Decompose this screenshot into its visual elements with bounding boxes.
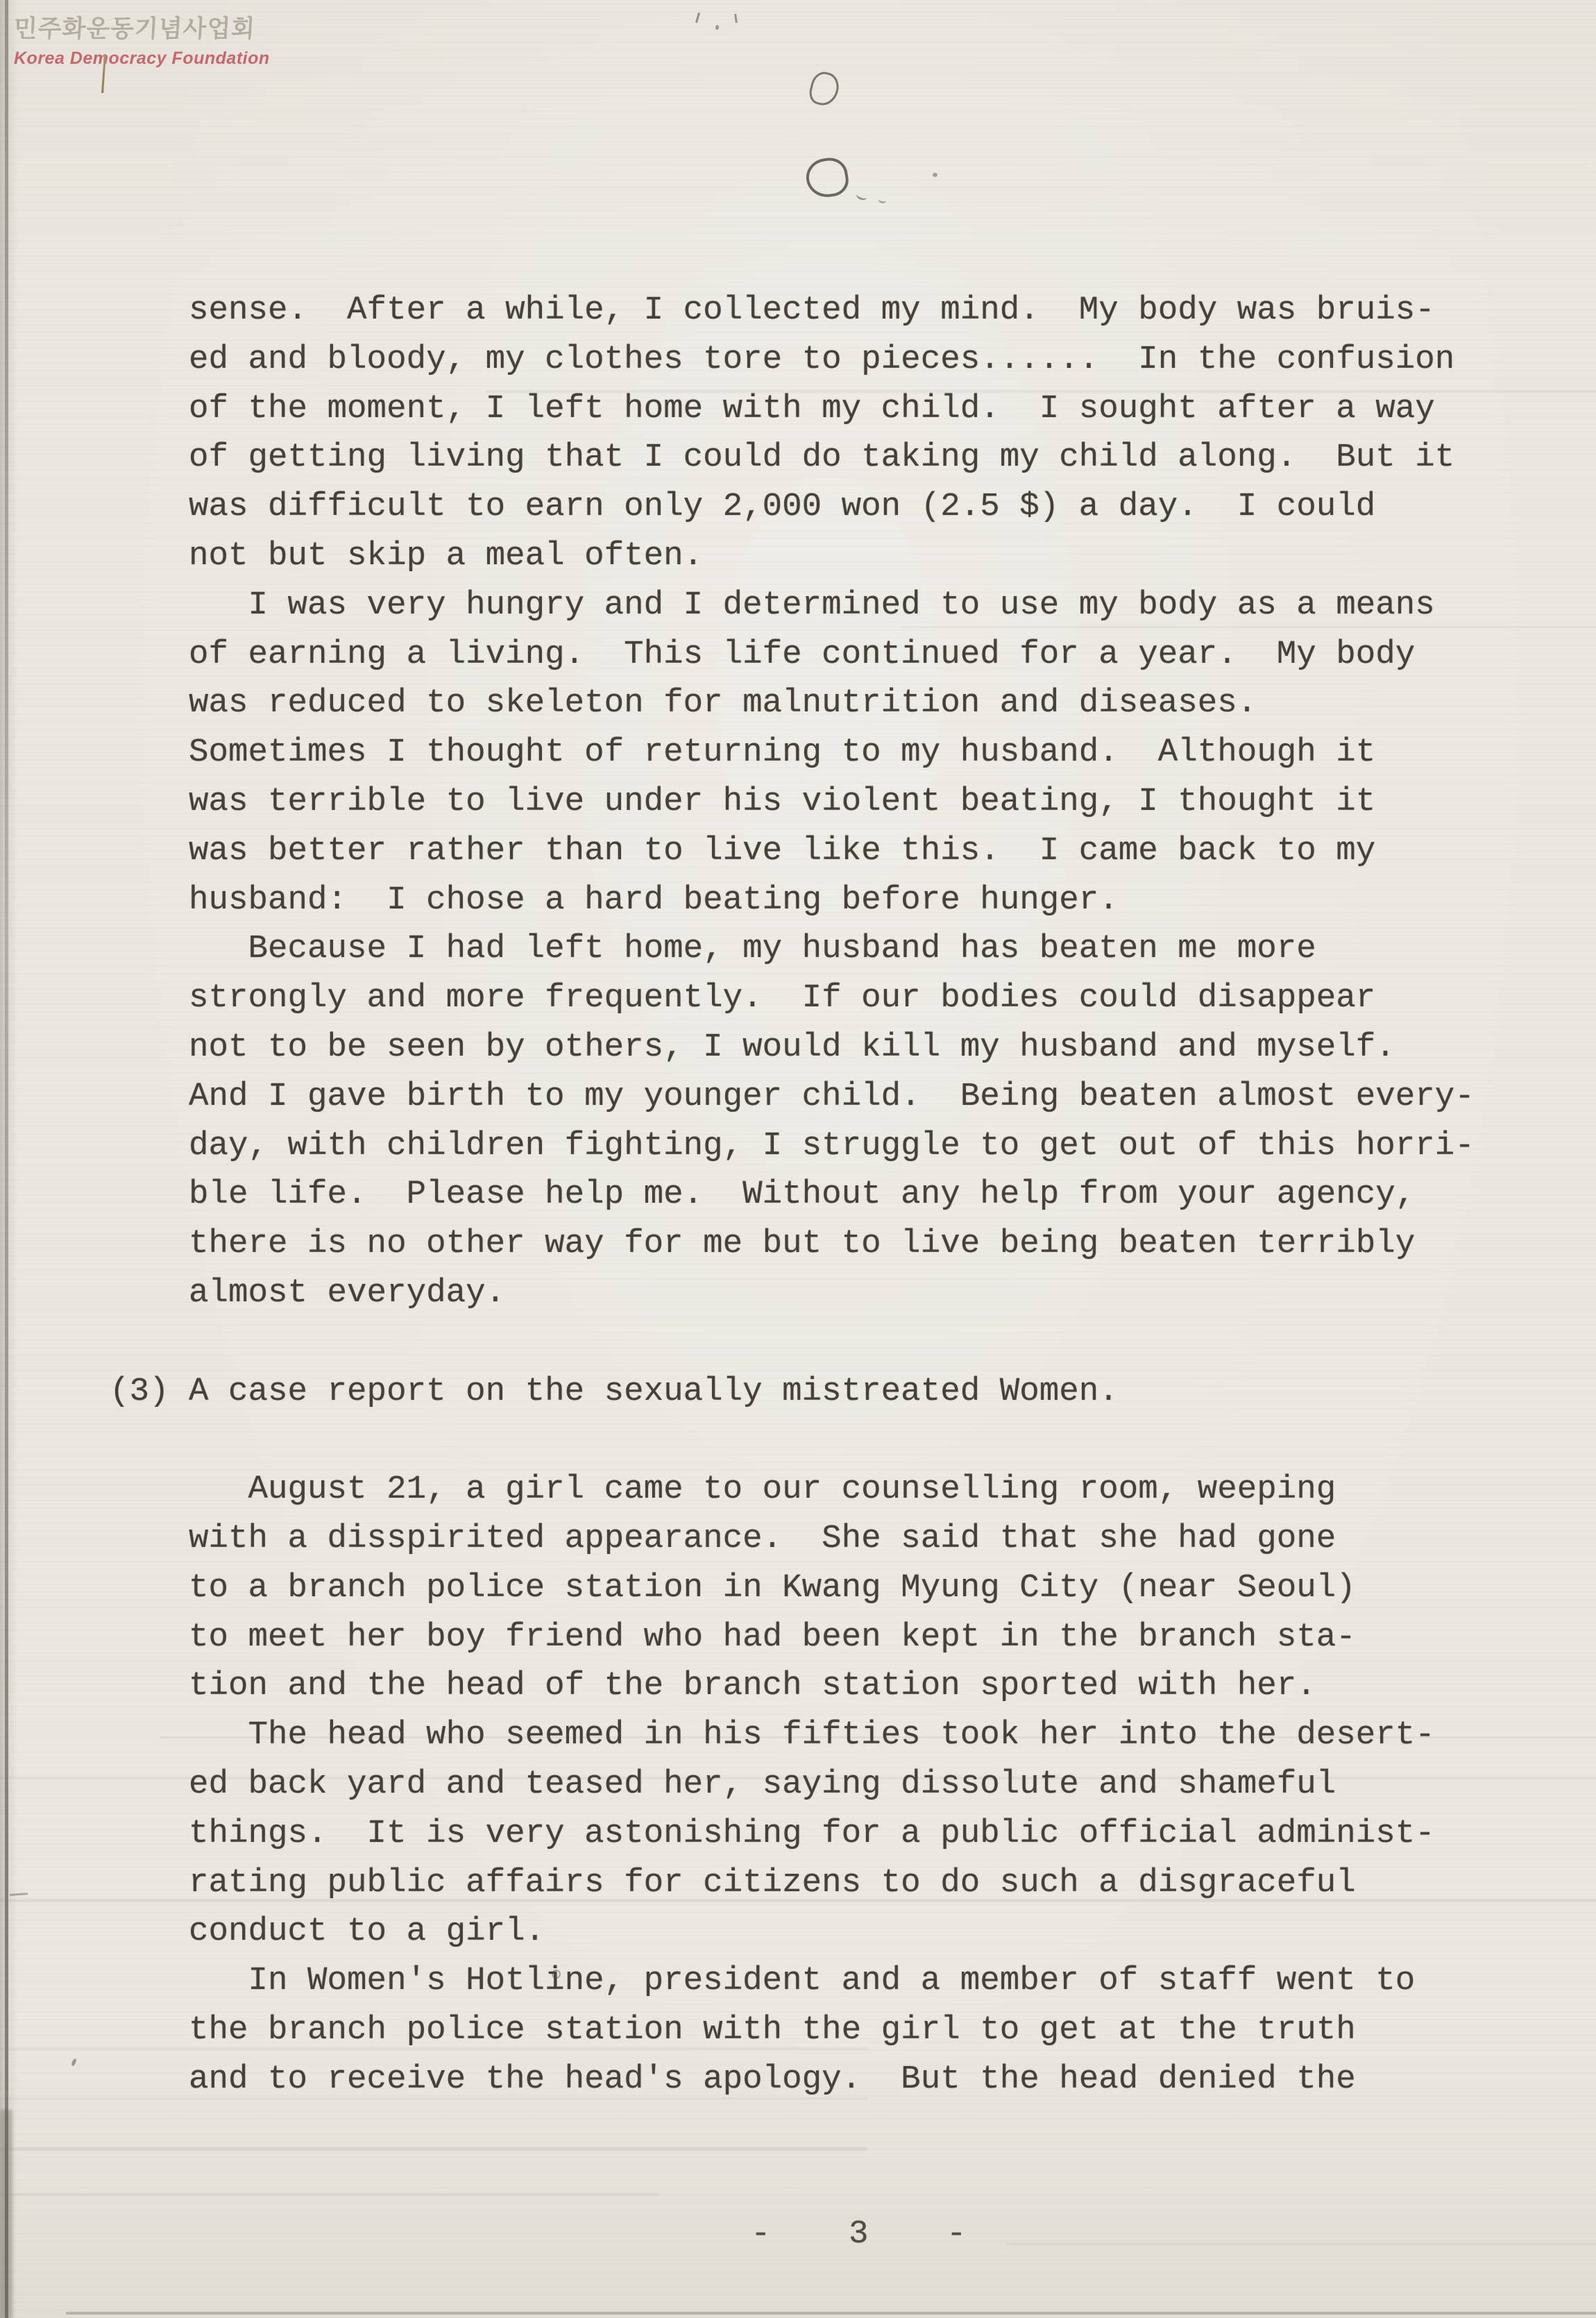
hole-punch-ring-mark: [804, 155, 851, 201]
text-line: almost everyday.: [110, 1269, 1475, 1318]
text-line: In Women's Hotline, president and a memb…: [110, 1956, 1475, 2006]
ink-tick-mark: [734, 14, 738, 23]
scan-streak: [0, 2193, 659, 2196]
paper-bottom-edge-line: [66, 2312, 1596, 2315]
text-line: the branch police station with the girl …: [110, 2006, 1475, 2055]
text-line: things. It is very astonishing for a pub…: [110, 1809, 1475, 1859]
text-line: ed back yard and teased her, saying diss…: [110, 1760, 1475, 1809]
scan-streak: [0, 2147, 867, 2151]
text-line: [110, 1318, 1475, 1367]
archive-logo: 민주화운동기념사업회 Korea Democracy Foundation: [14, 10, 270, 69]
text-line: day, with children fighting, I struggle …: [110, 1122, 1475, 1171]
text-line: there is no other way for me but to live…: [110, 1219, 1475, 1269]
text-line: was difficult to earn only 2,000 won (2.…: [110, 482, 1475, 532]
text-line: tion and the head of the branch station …: [110, 1661, 1475, 1711]
ink-squiggle-mark: [856, 190, 869, 201]
text-line: The head who seemed in his fifties took …: [110, 1711, 1475, 1760]
archive-logo-korean-text: 민주화운동기념사업회: [13, 10, 271, 44]
text-line: with a disspirited appearance. She said …: [110, 1514, 1475, 1564]
text-line: And I gave birth to my younger child. Be…: [110, 1072, 1475, 1122]
text-line: Sometimes I thought of returning to my h…: [110, 728, 1475, 777]
text-line: strongly and more frequently. If our bod…: [110, 974, 1475, 1023]
text-line: was better rather than to live like this…: [110, 827, 1475, 876]
text-line: of the moment, I left home with my child…: [110, 384, 1475, 434]
scan-smudge: [0, 2110, 12, 2318]
paper-left-edge-line: [5, 0, 8, 2318]
text-line: ed and bloody, my clothes tore to pieces…: [110, 335, 1475, 384]
text-line: of getting living that I could do taking…: [110, 433, 1475, 482]
text-line: to a branch police station in Kwang Myun…: [110, 1564, 1475, 1613]
text-line: Because I had left home, my husband has …: [110, 924, 1475, 974]
text-line: of earning a living. This life continued…: [110, 630, 1475, 679]
hole-punch-ring-mark: [807, 69, 842, 108]
text-line: I was very hungry and I determined to us…: [110, 581, 1475, 630]
archive-logo-english-text: Korea Democracy Foundation: [14, 49, 270, 69]
paper-left-edge-shadow: [0, 0, 18, 2318]
ink-speck: [71, 2058, 77, 2066]
ink-tick-mark: [715, 25, 719, 30]
text-line: August 21, a girl came to our counsellin…: [110, 1465, 1475, 1514]
text-line: conduct to a girl.: [110, 1907, 1475, 1956]
text-line: was terrible to live under his violent b…: [110, 777, 1475, 827]
text-line: not to be seen by others, I would kill m…: [110, 1023, 1475, 1072]
scanned-document-page: 민주화운동기념사업회 Korea Democracy Foundation se…: [0, 0, 1596, 2318]
document-lines: sense. After a while, I collected my min…: [110, 286, 1475, 2104]
scan-streak: [1006, 2243, 1596, 2245]
text-line: rating public affairs for citizens to do…: [110, 1859, 1475, 1908]
text-line: [110, 1416, 1475, 1465]
text-line: husband: I chose a hard beating before h…: [110, 876, 1475, 925]
text-line: (3) A case report on the sexually mistre…: [110, 1367, 1475, 1416]
text-line: and to receive the head's apology. But t…: [110, 2055, 1475, 2104]
ink-tick-mark: [695, 12, 700, 23]
ink-squiggle-mark: [878, 196, 887, 204]
text-line: ble life. Please help me. Without any he…: [110, 1170, 1475, 1219]
text-line: was reduced to skeleton for malnutrition…: [110, 679, 1475, 728]
text-line: sense. After a while, I collected my min…: [110, 286, 1475, 335]
text-line: to meet her boy friend who had been kept…: [110, 1613, 1475, 1662]
ink-dot-mark: [933, 173, 937, 177]
text-line: not but skip a meal often.: [110, 532, 1475, 581]
page-number: - 3 -: [751, 2215, 967, 2253]
